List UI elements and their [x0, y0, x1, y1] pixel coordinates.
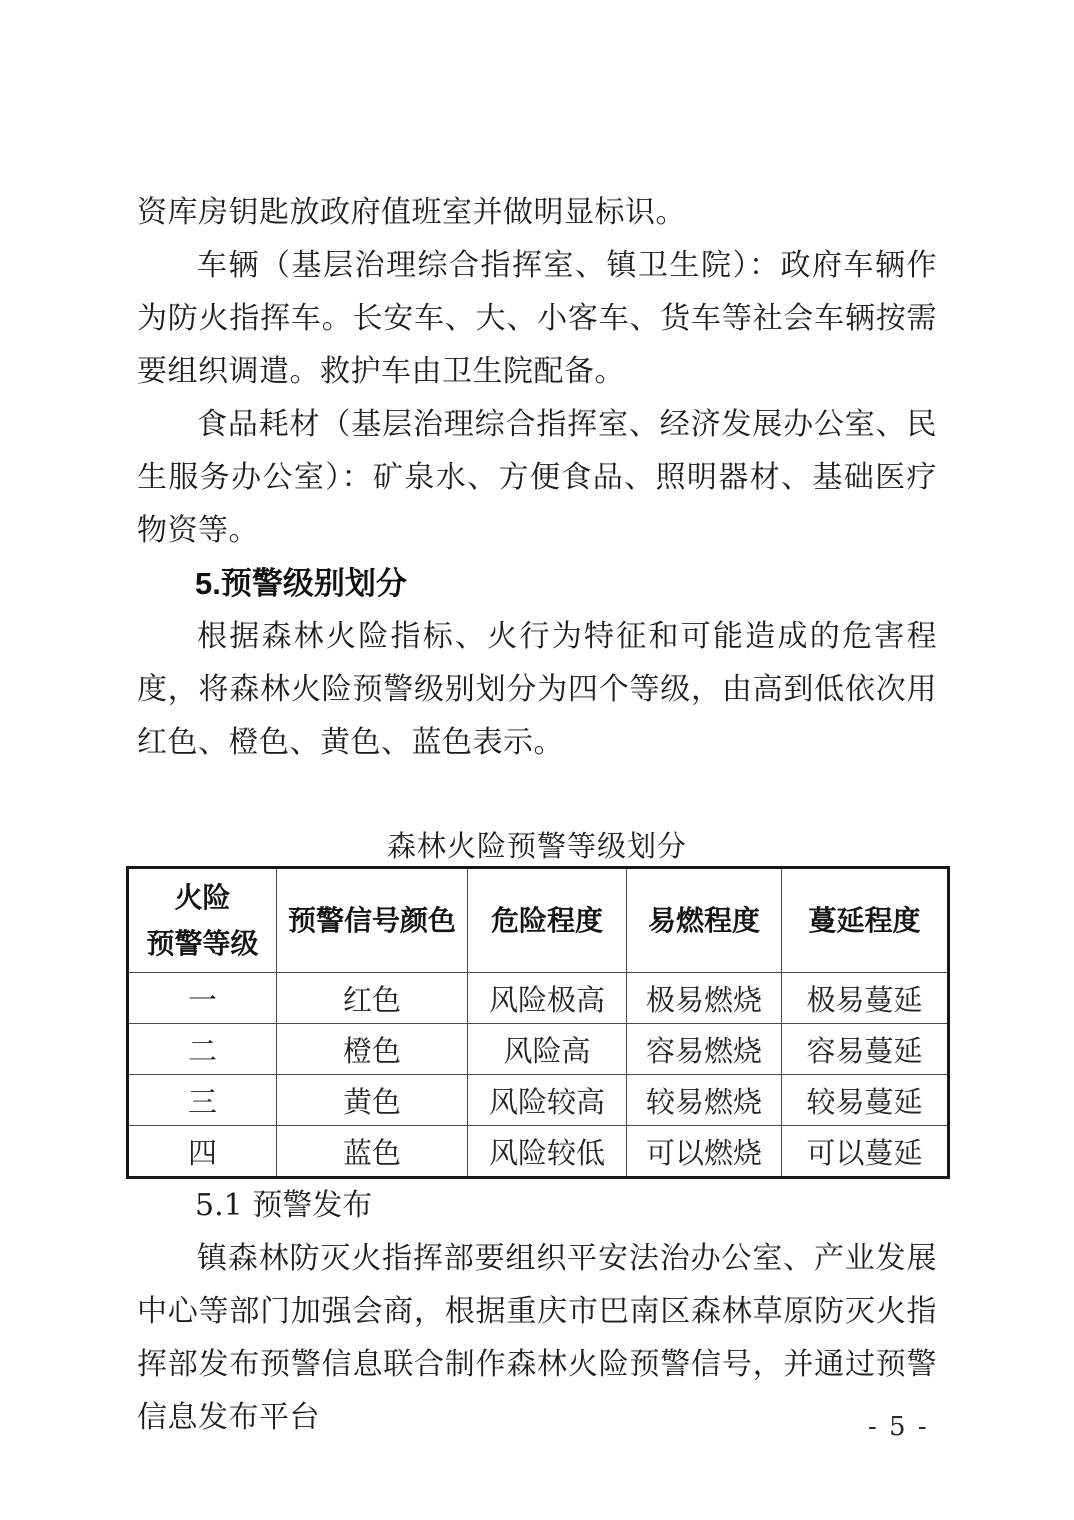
header-line-2: 预警等级: [129, 921, 276, 967]
paragraph-vehicles: 车辆（基层治理综合指挥室、镇卫生院）：政府车辆作为防火指挥车。长安车、大、小客车…: [137, 239, 937, 398]
page-number: - 5 -: [868, 1412, 929, 1442]
table-row: 二 橙色 风险高 容易燃烧 容易蔓延: [128, 1024, 949, 1075]
cell-color: 红色: [277, 973, 468, 1024]
document-page: 资库房钥匙放政府值班室并做明显标识。 车辆（基层治理综合指挥室、镇卫生院）：政府…: [0, 0, 1074, 1520]
cell-danger: 风险高: [468, 1024, 627, 1075]
paragraph-food-supplies: 食品耗材（基层治理综合指挥室、经济发展办公室、民生服务办公室）：矿泉水、方便食品…: [137, 398, 937, 557]
cell-spread: 容易蔓延: [782, 1024, 949, 1075]
paragraph-level-intro: 根据森林火险指标、火行为特征和可能造成的危害程度，将森林火险预警级别划分为四个等…: [137, 610, 937, 769]
cell-color: 橙色: [277, 1024, 468, 1075]
table-row: 三 黄色 风险较高 较易燃烧 较易蔓延: [128, 1075, 949, 1126]
cell-flammability: 极易燃烧: [627, 973, 782, 1024]
heading-section-5-1: 5.1 预警发布: [137, 1179, 937, 1232]
table-header-flammability: 易燃程度: [627, 868, 782, 973]
paragraph-continuation: 资库房钥匙放政府值班室并做明显标识。: [137, 186, 937, 239]
cell-danger: 风险较高: [468, 1075, 627, 1126]
paragraph-release-body: 镇森林防灭火指挥部要组织平安法治办公室、产业发展中心等部门加强会商，根据重庆市巴…: [137, 1232, 937, 1444]
cell-level: 三: [128, 1075, 277, 1126]
cell-level: 四: [128, 1126, 277, 1178]
cell-spread: 可以蔓延: [782, 1126, 949, 1178]
cell-level: 一: [128, 973, 277, 1024]
cell-danger: 风险较低: [468, 1126, 627, 1178]
document-content: 资库房钥匙放政府值班室并做明显标识。 车辆（基层治理综合指挥室、镇卫生院）：政府…: [137, 186, 937, 1444]
cell-spread: 较易蔓延: [782, 1075, 949, 1126]
cell-flammability: 容易燃烧: [627, 1024, 782, 1075]
table-title: 森林火险预警等级划分: [137, 826, 937, 866]
table-header-spread-degree: 蔓延程度: [782, 868, 949, 973]
cell-color: 黄色: [277, 1075, 468, 1126]
cell-level: 二: [128, 1024, 277, 1075]
fire-warning-level-table: 火险 预警等级 预警信号颜色 危险程度 易燃程度 蔓延程度 一 红色 风险极高 …: [126, 866, 950, 1179]
cell-flammability: 较易燃烧: [627, 1075, 782, 1126]
cell-spread: 极易蔓延: [782, 973, 949, 1024]
heading-section-5: 5.预警级别划分: [137, 557, 937, 610]
table-header-signal-color: 预警信号颜色: [277, 868, 468, 973]
table-row: 四 蓝色 风险较低 可以燃烧 可以蔓延: [128, 1126, 949, 1178]
cell-flammability: 可以燃烧: [627, 1126, 782, 1178]
table-header-danger-degree: 危险程度: [468, 868, 627, 973]
table-row: 一 红色 风险极高 极易燃烧 极易蔓延: [128, 973, 949, 1024]
table-header-row: 火险 预警等级 预警信号颜色 危险程度 易燃程度 蔓延程度: [128, 868, 949, 973]
cell-color: 蓝色: [277, 1126, 468, 1178]
header-line-1: 火险: [129, 875, 276, 921]
cell-danger: 风险极高: [468, 973, 627, 1024]
table-header-warning-level: 火险 预警等级: [128, 868, 277, 973]
